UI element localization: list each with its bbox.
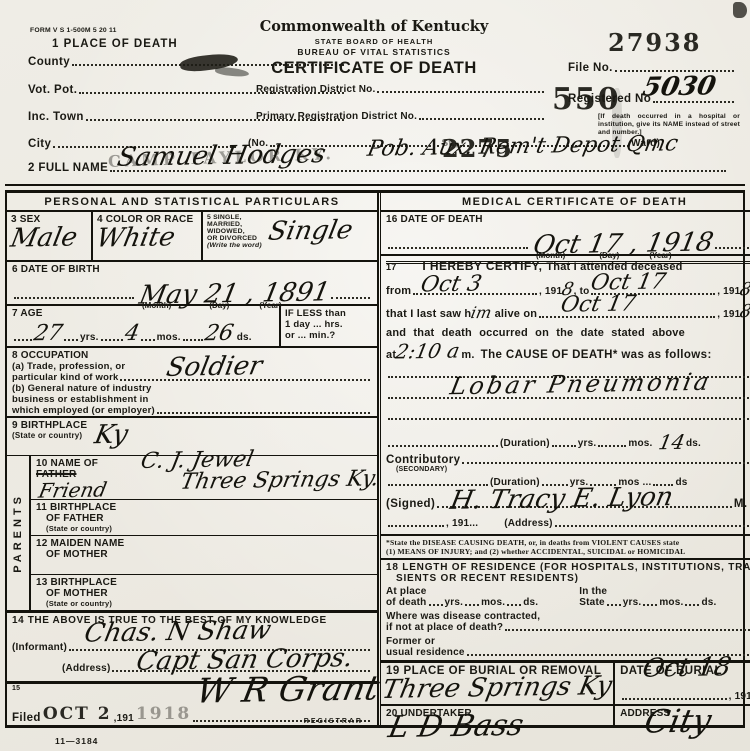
full-name-label: 2 FULL NAME (28, 162, 108, 174)
date-of-death-block: 16 DATE OF DEATH Oct 17 , 1918 (Month) (… (381, 212, 750, 256)
burial-date-cell: DATE OF BURIAL , 191 8 Oct 18 (615, 663, 750, 704)
race-value: White (95, 226, 177, 249)
county-label: County (28, 56, 70, 68)
dotted-leader (388, 444, 498, 447)
contracted-line2: if not at place of death? (386, 622, 503, 633)
to-year-hw: 8 , (739, 282, 750, 298)
full-name-value: Samuel Hodges (115, 143, 327, 169)
duration1-ds: ds. (686, 438, 701, 449)
certificate-title: CERTIFICATE OF DEATH (238, 59, 510, 78)
former-line2: usual residence (386, 647, 465, 658)
header-double-rule (5, 184, 745, 193)
registration-district-label: Registration District No. (256, 84, 375, 95)
filed-year-stamp: 1918 (136, 704, 191, 724)
medical-certificate-column: MEDICAL CERTIFICATE OF DEATH 16 DATE OF … (381, 193, 750, 725)
burial-place-value: Three Springs Ky (380, 675, 613, 701)
dotted-leader (715, 246, 750, 249)
last-saw-date: Oct 17 (559, 295, 637, 315)
if-less-line-3: or ... min.? (285, 330, 373, 341)
if-less-line-2: 1 day ... hrs. (285, 319, 373, 330)
residence-label-line2: SIENTS OR RECENT RESIDENTS) (386, 573, 750, 584)
form-code: FORM V S 1-500M 5 20 11 (30, 27, 117, 34)
parents-section: PARENTS 10 NAME OF FATHER Friend C. J. J… (7, 455, 377, 613)
occupation-b-line1: (b) General nature of industry (12, 383, 372, 394)
from-date-value: Oct 3 (419, 275, 483, 295)
dotted-leader (64, 338, 78, 341)
at-place-line2: of death (386, 597, 427, 608)
residence-label-line1: 18 LENGTH OF RESIDENCE (FOR HOSPITALS, I… (386, 562, 750, 573)
age-label: 7 AGE (12, 308, 274, 319)
father-name-value-line2: Three Springs Ky. (179, 470, 381, 492)
signed-label: (Signed) (386, 498, 435, 510)
scan-artifact-top-right (733, 2, 747, 18)
scan-smudge-center (612, 88, 622, 158)
footnote-line1: *State the DISEASE CAUSING DEATH, or, in… (386, 538, 750, 547)
contracted-line1: Where was disease contracted, (386, 611, 750, 622)
state-mos: mos. (659, 597, 683, 608)
mother-birthplace-label2: OF MOTHER (36, 588, 372, 599)
duration2-ds: ds (675, 477, 687, 488)
sex-race-marital-row: 3 SEX Male 4 COLOR OR RACE White 5 SINGL… (7, 212, 377, 262)
dotted-leader (507, 603, 521, 606)
personal-section-title: PERSONAL AND STATISTICAL PARTICULARS (7, 193, 377, 212)
registrar-label: REGISTRAR (304, 718, 363, 725)
registrar-signature: W R Grant (194, 674, 382, 706)
footnote-line2: (1) MEANS OF INJURY; and (2) whether ACC… (386, 547, 750, 556)
mother-maiden-label1: 12 MAIDEN NAME (36, 538, 372, 549)
mother-birthplace-label1: 13 BIRTHPLACE (36, 577, 372, 588)
contributory-label: Contributory (386, 454, 460, 466)
md-label: M. D. (734, 498, 750, 510)
dotted-leader (555, 524, 750, 527)
mother-birthplace-sub: (State or country) (36, 599, 372, 608)
from-year-printed: , 191 (539, 286, 562, 297)
full-name-unit: Pob. Aux. Rem't Depot Qmc (366, 135, 680, 159)
filed-label: Filed (12, 712, 41, 724)
registered-no-label: Registered No (568, 93, 651, 105)
dotted-leader (388, 417, 750, 420)
dotted-leader (331, 296, 370, 299)
birthplace-value: Ky (93, 424, 130, 447)
main-form-box: PERSONAL AND STATISTICAL PARTICULARS 3 S… (5, 193, 745, 728)
dotted-leader (598, 444, 626, 447)
parents-label-text: PARENTS (12, 493, 24, 573)
commonwealth-title: Commonwealth of Kentucky (238, 18, 510, 35)
dob-label: 6 DATE OF BIRTH (12, 264, 372, 275)
dotted-leader (505, 628, 750, 631)
dotted-leader (622, 697, 727, 700)
occurred-text: and that death occurred on the date stat… (386, 327, 750, 339)
state-ds: ds. (701, 597, 716, 608)
undertaker-address-value: City (642, 707, 713, 735)
father-birthplace-row: 11 BIRTHPLACE OF FATHER (State or countr… (31, 500, 377, 536)
dotted-leader (157, 411, 370, 414)
to-date-value: Oct 17 (589, 273, 667, 293)
undertaker-cell: 20 UNDERTAKER L D Bass (381, 706, 615, 725)
burial-year-printed: , 191 (729, 691, 750, 702)
dod-value: Oct 17 , 1918 (532, 231, 716, 256)
father-birthplace-sub: (State or country) (36, 524, 372, 533)
sex-value: Male (9, 226, 79, 249)
race-cell: 4 COLOR OR RACE White (91, 212, 201, 260)
last-saw-hw: im (470, 306, 493, 320)
dotted-leader (552, 444, 576, 447)
dob-value: May 21 , 1891 (138, 281, 332, 306)
filed-date-stamp: OCT 2 (43, 704, 112, 724)
primary-district-line: Primary Registration District No. (256, 111, 546, 122)
marital-cell: 5 SINGLE, MARRIED, WIDOWED, OR DIVORCED … (201, 212, 377, 260)
time-of-death-value: 2:10 a (394, 342, 461, 360)
vot-pot-label: Vot. Pot. (28, 84, 77, 96)
birthplace-sub: (State or country) (12, 431, 372, 440)
board-of-health: STATE BOARD OF HEALTH (238, 37, 510, 46)
age-days-value: 26 (203, 324, 235, 343)
to-year-printed: , 191 (717, 286, 740, 297)
in-the-line1: In the (579, 586, 750, 597)
m-label: m. (461, 349, 474, 361)
state-label: State (579, 597, 604, 608)
dotted-leader (388, 246, 528, 249)
informant-label: (Informant) (12, 642, 67, 653)
death-certificate-scan: FORM V S 1-500M 5 20 11 1 PLACE OF DEATH… (0, 0, 750, 751)
at-place-line1: At place (386, 586, 579, 597)
undertaker-value: L D Bass (386, 713, 525, 741)
form-print-code: 11—3184 (55, 736, 98, 746)
dotted-leader (14, 296, 134, 299)
informant-signature: Chas. N Shaw (83, 619, 273, 644)
father-replacement-value: Friend (37, 481, 108, 499)
marital-value: Single (267, 219, 355, 243)
dotted-leader (465, 603, 479, 606)
occupation-a-line2: particular kind of work (12, 372, 118, 383)
age-years-label: yrs. (80, 332, 99, 343)
file-no-label: File No. (568, 62, 613, 74)
filed-year-printed: ,191 (114, 713, 134, 724)
personal-particulars-column: PERSONAL AND STATISTICAL PARTICULARS 3 S… (7, 193, 377, 725)
place-of-death-heading: 1 PLACE OF DEATH (52, 38, 178, 50)
occupation-b-line2: business or establishment in (12, 394, 372, 405)
at-place-ds: ds. (523, 597, 538, 608)
duration1-yrs: yrs. (578, 438, 597, 449)
father-birthplace-label2: OF FATHER (36, 513, 372, 524)
primary-district-label: Primary Registration District No. (256, 111, 417, 122)
dotted-leader (643, 603, 657, 606)
dotted-leader (429, 603, 443, 606)
mother-maiden-label2: OF MOTHER (36, 549, 372, 560)
undertaker-row: 20 UNDERTAKER L D Bass ADDRESS City (381, 704, 750, 725)
physician-signature: H. Tracy E. Lyon (448, 486, 675, 512)
state-yrs: yrs. (623, 597, 642, 608)
agency-header: Commonwealth of Kentucky STATE BOARD OF … (238, 18, 510, 78)
from-label: from (386, 285, 411, 297)
father-birthplace-label1: 11 BIRTHPLACE (36, 502, 372, 513)
bureau-vital-statistics: BUREAU OF VITAL STATISTICS (238, 47, 510, 57)
last-saw-pre: that I last saw h (386, 308, 471, 320)
city-label: City (28, 138, 51, 150)
former-line1: Former or (386, 636, 750, 647)
filed-block: 15 Filed OCT 2 ,191 1918 W R Grant REGIS… (7, 684, 377, 725)
mother-maiden-row: 12 MAIDEN NAME OF MOTHER (31, 536, 377, 575)
contributory-sub: (SECONDARY) (386, 466, 750, 473)
if-less-cell: IF LESS than 1 day ... hrs. or ... min.? (279, 306, 377, 347)
age-months-value: 4 (123, 324, 141, 343)
dotted-leader (419, 117, 544, 120)
residence-block: 18 LENGTH OF RESIDENCE (FOR HOSPITALS, I… (381, 560, 750, 660)
informant-address-label: (Address) (62, 663, 110, 674)
dod-label: 16 DATE OF DEATH (386, 214, 750, 225)
undertaker-address-cell: ADDRESS City (615, 706, 750, 725)
certify-item-number: 17 (386, 262, 396, 272)
date-of-birth-block: 6 DATE OF BIRTH May 21 , 1891 (Month) (D… (7, 262, 377, 306)
occupation-value: Soldier (165, 355, 264, 379)
age-days-label: ds. (237, 332, 252, 343)
dotted-leader (607, 603, 621, 606)
mother-birthplace-row: 13 BIRTHPLACE OF MOTHER (State or countr… (31, 575, 377, 610)
cause-of-death-heading: The CAUSE OF DEATH* was as follows: (481, 349, 712, 361)
last-saw-year-hw: 8 , (739, 304, 750, 320)
father-name-row: 10 NAME OF FATHER Friend C. J. Jewel Thr… (31, 456, 377, 500)
burial-date-value: Oct 18 (641, 656, 733, 680)
burial-place-cell: 19 PLACE OF BURIAL OR REMOVAL Three Spri… (381, 663, 615, 704)
at-place-yrs: yrs. (445, 597, 464, 608)
last-saw-year-printed: , 191 (717, 309, 740, 320)
duration1-days-value: 14 (657, 433, 686, 450)
duration1-label: (Duration) (500, 438, 550, 449)
cause-of-death-value: Lobar Pneumonia (449, 372, 714, 397)
dotted-leader (388, 524, 444, 527)
birthplace-label: 9 BIRTHPLACE (12, 420, 372, 431)
dotted-leader (462, 461, 750, 464)
last-saw-post: alive on (495, 308, 538, 320)
signed-address-label: (Address) (504, 518, 552, 529)
dotted-leader (141, 338, 155, 341)
dotted-leader (14, 338, 32, 341)
dotted-leader (685, 603, 699, 606)
age-months-label: mos. (157, 332, 181, 343)
burial-row: 19 PLACE OF BURIAL OR REMOVAL Three Spri… (381, 660, 750, 704)
dotted-leader (101, 338, 123, 341)
certify-block: 17 I HEREBY CERTIFY, That I attended dec… (381, 256, 750, 452)
occupation-b-line3: which employed (or employer) (12, 405, 155, 416)
occupation-block: 8 OCCUPATION (a) Trade, profession, or p… (7, 348, 377, 418)
signed-year-printed: , 191... (446, 518, 478, 529)
sex-cell: 3 SEX Male (7, 212, 91, 260)
at-place-mos: mos. (481, 597, 505, 608)
registration-district-line: Registration District No. (256, 84, 546, 95)
dotted-leader (377, 90, 544, 93)
age-block: 7 AGE 27 yrs. 4 mos. 26 ds. (7, 306, 377, 349)
serial-number-stamp: 27938 (608, 28, 702, 57)
age-years-value: 27 (32, 324, 64, 343)
cause-footnote: *State the DISEASE CAUSING DEATH, or, in… (381, 534, 750, 560)
registered-no-value: 5030 (641, 75, 718, 98)
dotted-leader (183, 338, 203, 341)
medical-section-title: MEDICAL CERTIFICATE OF DEATH (381, 193, 750, 212)
if-less-line-1: IF LESS than (285, 308, 373, 319)
contributory-block: Contributory (SECONDARY) (Duration) yrs.… (381, 452, 750, 531)
inc-town-label: Inc. Town (28, 111, 84, 123)
parents-vertical-label: PARENTS (7, 456, 31, 610)
duration1-mos: mos. (628, 438, 652, 449)
